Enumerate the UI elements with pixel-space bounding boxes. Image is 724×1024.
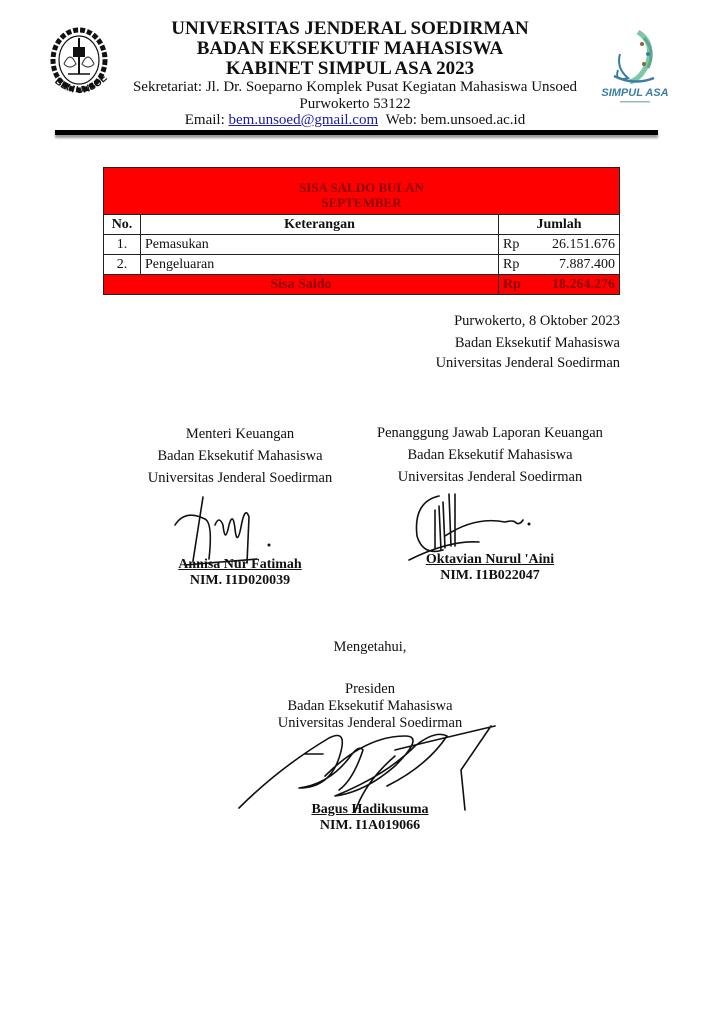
header-cabinet: KABINET SIMPUL ASA 2023 [150,58,550,79]
table-row: 1. Pemasukan Rp 26.151.676 [104,235,620,255]
header-contact: Email: bem.unsoed@gmail.com Web: bem.uns… [130,111,580,130]
table-row: 2. Pengeluaran Rp 7.887.400 [104,255,620,275]
president-name: Bagus Hadikusuma [220,802,520,818]
header-divider [55,130,658,135]
column-header-keterangan: Keterangan [141,215,499,235]
president-org1: Badan Eksekutif Mahasiswa [220,698,520,715]
column-header-no: No. [104,215,141,235]
table-total-row: Sisa Saldo Rp 18.264.276 [104,275,620,295]
left-org2: Universitas Jenderal Soedirman [120,467,360,489]
total-label: Sisa Saldo [104,275,499,295]
svg-text:SIMPUL ASA: SIMPUL ASA [601,87,668,99]
right-name: Oktavian Nurul 'Aini [360,552,620,568]
email-label: Email: [185,112,225,128]
place-date-org1: Badan Eksekutif Mahasiswa [455,332,620,354]
left-name: Annisa Nur Fatimah [120,557,360,573]
bem-unsoed-logo: BEM UNSOED [38,24,120,106]
right-signatory-block: Penanggung Jawab Laporan Keuangan Badan … [360,422,620,488]
simpul-asa-logo: SIMPUL ASA [600,24,670,110]
left-signatory-block: Menteri Keuangan Badan Eksekutif Mahasis… [120,423,360,489]
right-signatory-identity: Oktavian Nurul 'Aini NIM. I1B022047 [360,552,620,584]
header-organization: BADAN EKSEKUTIF MAHASISWA [150,38,550,59]
total-amount: 18.264.276 [529,275,620,295]
web-address: bem.unsoed.ac.id [421,112,526,128]
column-header-jumlah: Jumlah [499,215,620,235]
president-nim: NIM. I1A019066 [220,818,520,834]
left-org1: Badan Eksekutif Mahasiswa [120,445,360,467]
president-role: Presiden [220,681,520,698]
place-date-org2: Universitas Jenderal Soedirman [436,352,620,374]
web-label: Web: [386,112,417,128]
left-nim: NIM. I1D020039 [120,573,360,589]
table-title-row: SISA SALDO BULAN SEPTEMBER [104,168,620,215]
balance-table: SISA SALDO BULAN SEPTEMBER No. Keteranga… [103,167,620,295]
left-role: Menteri Keuangan [120,423,360,445]
right-org2: Universitas Jenderal Soedirman [360,466,620,488]
left-signatory-identity: Annisa Nur Fatimah NIM. I1D020039 [120,557,360,589]
right-role: Penanggung Jawab Laporan Keuangan [360,422,620,444]
right-org1: Badan Eksekutif Mahasiswa [360,444,620,466]
place-date: Purwokerto, 8 Oktober 2023 [454,310,620,332]
bem-unsoed-logo-icon: BEM UNSOED [38,24,120,106]
acknowledged-label: Mengetahui, [220,636,520,658]
table-header-row: No. Keterangan Jumlah [104,215,620,235]
president-identity: Bagus Hadikusuma NIM. I1A019066 [220,802,520,834]
email-link[interactable]: bem.unsoed@gmail.com [229,112,379,128]
right-nim: NIM. I1B022047 [360,568,620,584]
table-title: SISA SALDO BULAN SEPTEMBER [104,168,620,215]
header-university: UNIVERSITAS JENDERAL SOEDIRMAN [150,18,550,39]
simpul-asa-peacock-icon: SIMPUL ASA [600,24,670,110]
